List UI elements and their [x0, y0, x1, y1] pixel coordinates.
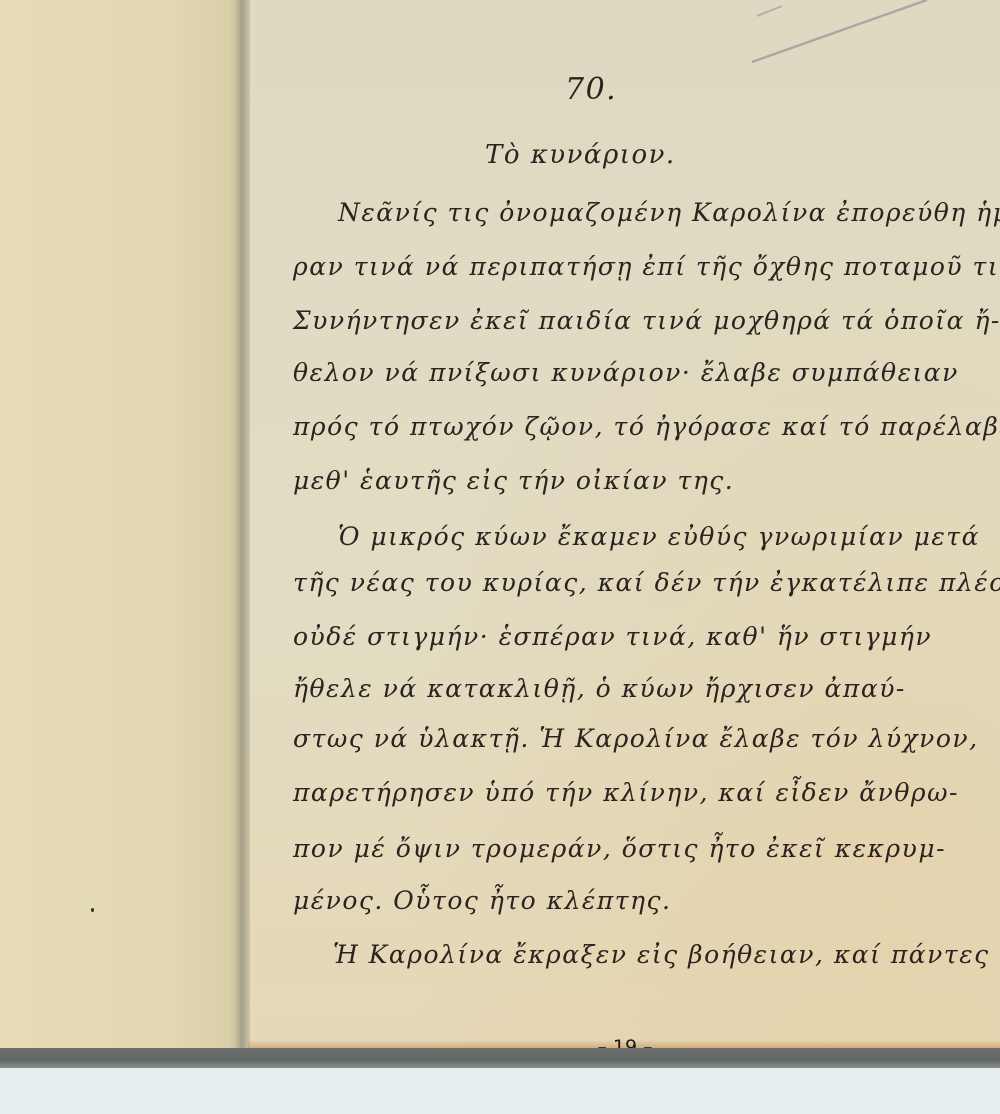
- text-line: οὐδέ στιγμήν· ἑσπέραν τινά, καθ' ἥν στιγ…: [293, 622, 932, 651]
- text-line: ραν τινά νά περιπατήσῃ ἐπί τῆς ὄχθης ποτ…: [293, 252, 1000, 281]
- text-line: θελον νά πνίξωσι κυνάριον· ἔλαβε συμπάθε…: [293, 358, 959, 387]
- text-line: Ὁ μικρός κύων ἔκαμεν εὐθύς γνωριμίαν μετ…: [338, 522, 980, 551]
- text-line: παρετήρησεν ὑπό τήν κλίνην, καί εἶδεν ἄν…: [293, 778, 959, 807]
- text-line: Νεᾶνίς τις ὀνομαζομένη Καρολίνα ἐπορεύθη…: [338, 198, 1000, 227]
- scan-shadow-band: [0, 1048, 1000, 1068]
- text-line: πον μέ ὄψιν τρομεράν, ὅστις ἦτο ἐκεῖ κεκ…: [293, 834, 946, 863]
- entry-number: 70.: [565, 72, 617, 107]
- text-line: Συνήντησεν ἐκεῖ παιδία τινά μοχθηρά τά ὁ…: [293, 306, 1000, 335]
- scan-background-strip: [0, 1068, 1000, 1114]
- text-line: ἤθελε νά κατακλιθῇ, ὁ κύων ἤρχισεν ἀπαύ-: [293, 674, 906, 703]
- text-line: τῆς νέας του κυρίας, καί δέν τήν ἐγκατέλ…: [293, 568, 1000, 597]
- text-line: στως νά ὑλακτῇ. Ἡ Καρολίνα ἔλαβε τόν λύχ…: [293, 724, 979, 753]
- manuscript-text: 70. Τὸ κυνάριον. Νεᾶνίς τις ὀνομαζομένη …: [0, 0, 1000, 1000]
- page-title: Τὸ κυνάριον.: [485, 140, 676, 170]
- text-line: μένος. Οὗτος ἦτο κλέπτης.: [293, 886, 671, 915]
- text-line: μεθ' ἑαυτῆς εἰς τήν οἰκίαν της.: [293, 466, 734, 495]
- text-line: Ἡ Καρολίνα ἔκραξεν εἰς βοήθειαν, καί πάν…: [333, 940, 1000, 969]
- text-line: πρός τό πτωχόν ζῷον, τό ἠγόρασε καί τό π…: [293, 412, 1000, 441]
